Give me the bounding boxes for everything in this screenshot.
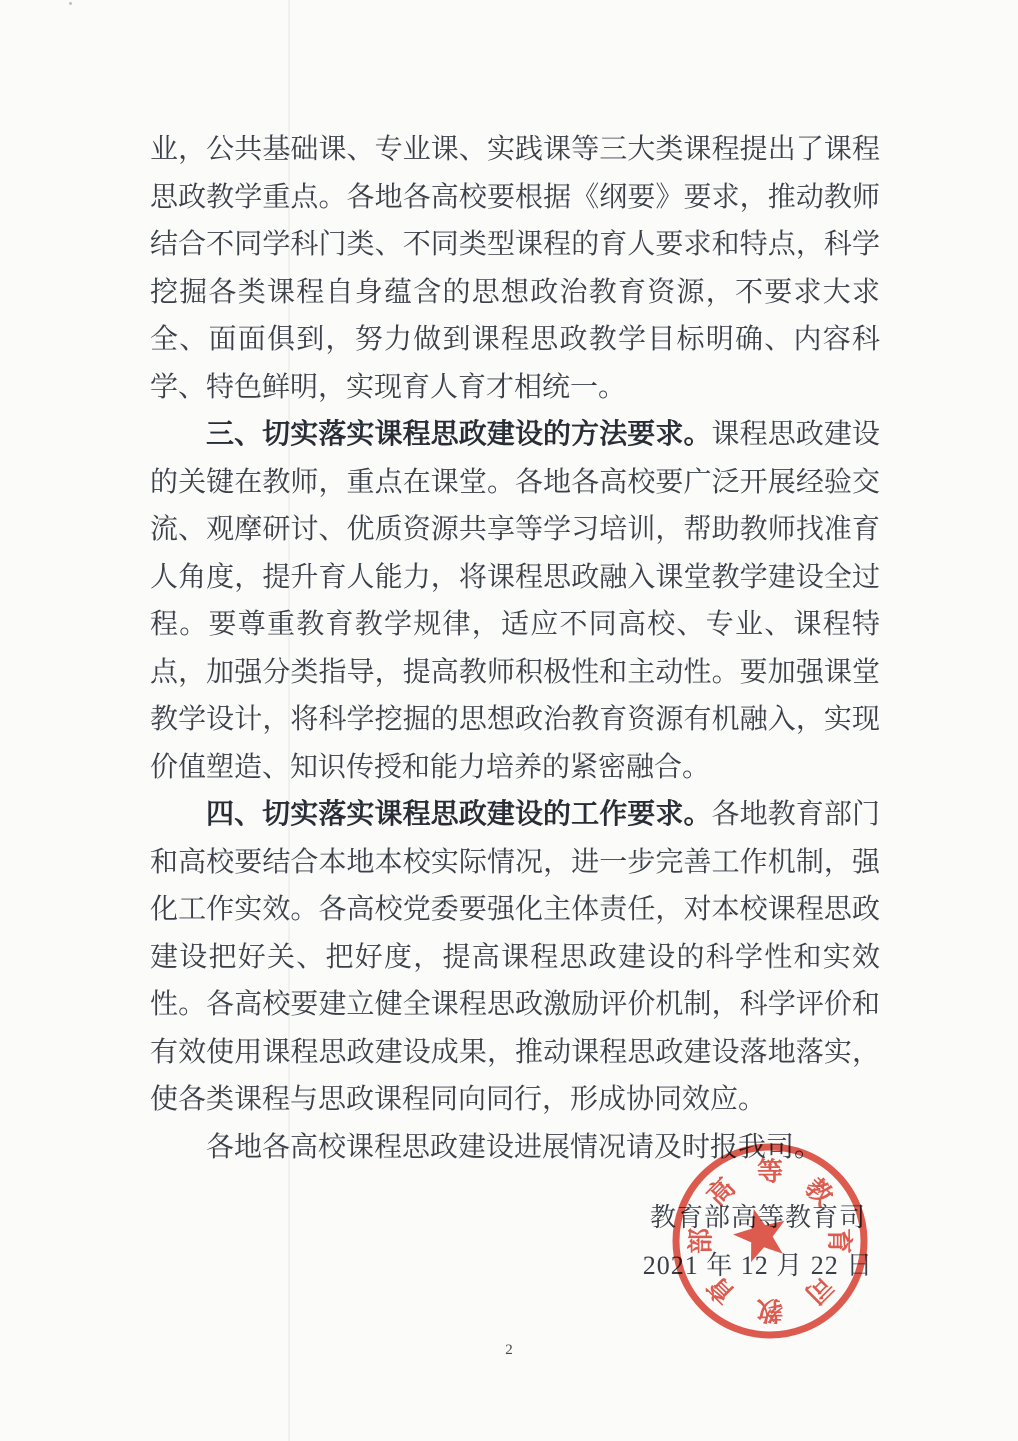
section-3-text: 课程思政建设的关键在教师，重点在课堂。各地各高校要广泛开展经验交流、观摩研讨、优…: [150, 419, 880, 783]
section-4-heading: 四、切实落实课程思政建设的工作要求。: [206, 799, 712, 830]
paragraph-continuation-text: 业，公共基础课、专业课、实践课等三大类课程提出了课程思政教学重点。各地各高校要根…: [150, 134, 880, 403]
document-body: 业，公共基础课、专业课、实践课等三大类课程提出了课程思政教学重点。各地各高校要根…: [150, 126, 880, 1171]
paragraph-section-3: 三、切实落实课程思政建设的方法要求。课程思政建设的关键在教师，重点在课堂。各地各…: [150, 411, 880, 791]
seal-char: 育: [825, 1228, 855, 1254]
page-number: 2: [0, 1342, 1018, 1359]
seal-char: 高: [701, 1172, 741, 1212]
seal-char: 教: [756, 1296, 783, 1325]
section-3-heading: 三、切实落实课程思政建设的方法要求。: [206, 419, 712, 450]
seal-char: 部: [687, 1228, 716, 1254]
paragraph-continuation: 业，公共基础课、专业课、实践课等三大类课程提出了课程思政教学重点。各地各高校要根…: [150, 126, 880, 411]
document-page: 业，公共基础课、专业课、实践课等三大类课程提出了课程思政教学重点。各地各高校要根…: [0, 0, 1018, 1441]
seal-char: 等: [757, 1158, 783, 1187]
section-4-text: 各地教育部门和高校要结合本地本校实际情况，进一步完善工作机制，强化工作实效。各高…: [150, 799, 880, 1115]
seal-star-icon: [728, 1202, 793, 1265]
paragraph-section-4: 四、切实落实课程思政建设的工作要求。各地教育部门和高校要结合本地本校实际情况，进…: [150, 791, 880, 1124]
scan-artifact-speck: [69, 2, 72, 5]
seal-char: 教: [799, 1173, 839, 1213]
seal-char: 司: [799, 1270, 838, 1309]
official-seal: 教育部高等教育司: [666, 1136, 876, 1346]
seal-char: 育: [701, 1270, 741, 1310]
